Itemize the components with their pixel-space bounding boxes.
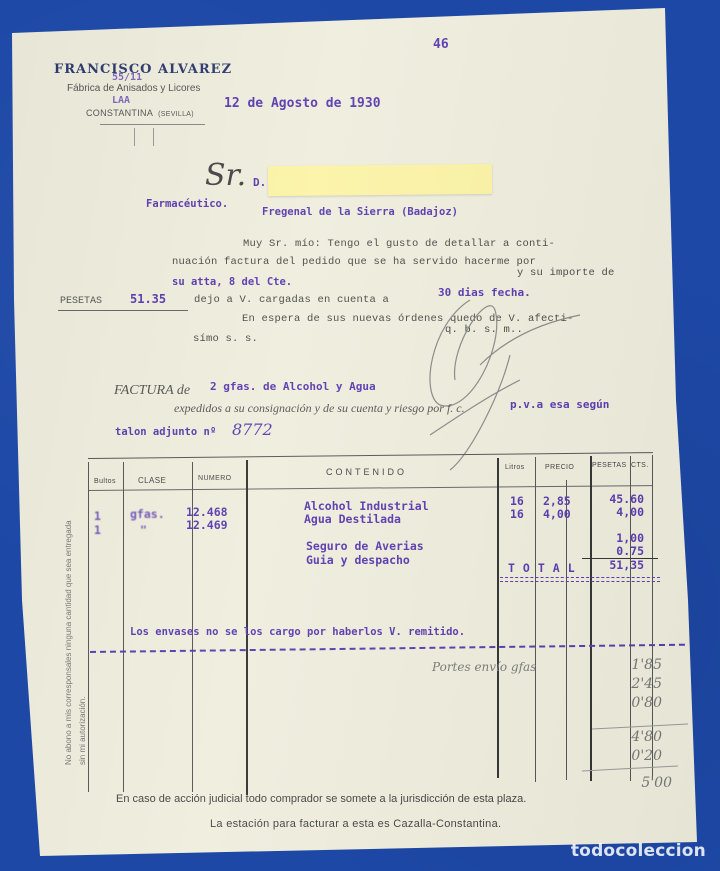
pencil-figure: 2'45 xyxy=(612,675,662,694)
row1-clase: gfas. xyxy=(130,508,165,521)
location-city: CONSTANTINA xyxy=(86,108,153,118)
col-line xyxy=(566,480,567,780)
pencil-figure: 1'85 xyxy=(612,656,662,675)
firm-subtitle: Fábrica de Anisados y Licores xyxy=(67,83,200,94)
row2-numero: 12.469 xyxy=(186,519,228,532)
invoice-paper: 46 FRANCISCO ALVAREZ 55/11 Fábrica de An… xyxy=(0,0,720,871)
letter-line-4: dejo a V. cargadas en cuenta a xyxy=(194,294,389,306)
pesetas-underline xyxy=(58,310,188,311)
row2-bultos: 1 xyxy=(94,524,101,537)
pesetas-label: PESETAS xyxy=(60,296,102,307)
total-double-rule xyxy=(500,577,660,582)
salutation-suffix: D. xyxy=(253,176,266,189)
pencil-figure-total: 5'00 xyxy=(612,774,672,793)
watermark: todocoleccion xyxy=(571,841,706,861)
col-line xyxy=(497,458,499,778)
talon-number: 8772 xyxy=(232,420,273,439)
total-value: 51,35 xyxy=(592,559,644,572)
recipient-title: Farmacéutico. xyxy=(146,198,228,210)
header-precio: PRECIO xyxy=(545,464,574,471)
letter-line-1: Muy Sr. mío: Tengo el gusto de detallar … xyxy=(243,238,555,250)
expedidos-text: expedidos a su consignación y de su cuen… xyxy=(174,401,465,416)
letter-ref: su atta, 8 del Cte. xyxy=(172,276,292,288)
pencil-annotation: Portes envío gfas xyxy=(432,660,536,674)
header-contenido: CONTENIDO xyxy=(326,467,407,477)
header-bultos: Bultos xyxy=(94,478,116,485)
header-numero: NUMERO xyxy=(198,475,232,482)
row2-litros: 16 xyxy=(510,508,524,521)
pencil-figures-top: 1'85 2'45 0'80 xyxy=(612,656,662,713)
firm-location: CONSTANTINA(SEVILLA) xyxy=(86,108,194,118)
row4-contenido: Guia y despacho xyxy=(306,554,410,567)
signature xyxy=(410,285,590,475)
col-line xyxy=(88,462,89,792)
stamp-mark-2: LAA xyxy=(112,95,130,106)
total-label: TOTAL xyxy=(508,562,583,575)
letter-line-7: símo s. s. xyxy=(193,333,258,345)
redaction-sticky-note xyxy=(268,164,492,196)
letter-line-3: y su importe de xyxy=(517,267,615,279)
pesetas-amount: 51.35 xyxy=(130,292,166,306)
tick-marks xyxy=(134,128,154,146)
factura-value: 2 gfas. de Alcohol y Agua xyxy=(210,380,376,393)
row2-contenido: Agua Destilada xyxy=(304,513,401,526)
header-pesetas: PESETAS xyxy=(592,462,627,469)
factura-label: FACTURA de xyxy=(114,383,190,399)
pencil-figure: 0'20 xyxy=(612,747,662,766)
row2-clase: " xyxy=(140,524,147,537)
col-line xyxy=(535,457,536,782)
pencil-figures-bottom: 4'80 0'20 xyxy=(612,728,662,766)
divider xyxy=(100,124,205,125)
footer-station: La estación para facturar a esta es Caza… xyxy=(210,818,501,830)
row4-importe: 0.75 xyxy=(592,545,644,558)
footer-jurisdiction: En caso de acción judicial todo comprado… xyxy=(116,793,526,805)
header-cts: CTS. xyxy=(631,462,649,469)
side-note-line-2: sin mi autorización. xyxy=(78,697,87,765)
pencil-figure: 4'80 xyxy=(612,728,662,747)
row1-bultos: 1 xyxy=(94,510,101,523)
salutation-script: Sr. xyxy=(205,158,246,193)
location-region: (SEVILLA) xyxy=(158,111,194,118)
side-note-line-1: No abono a mis corresponsales ninguna ca… xyxy=(64,520,73,765)
row2-importe: 4,00 xyxy=(592,506,644,519)
row3-contenido: Seguro de Averias xyxy=(306,540,424,553)
dashed-rule xyxy=(90,644,685,653)
letter-line-2: nuación factura del pedido que se ha ser… xyxy=(172,256,536,268)
recipient-address: Fregenal de la Sierra (Badajoz) xyxy=(262,206,458,218)
row2-precio: 4,00 xyxy=(543,508,571,521)
header-divider xyxy=(88,485,652,491)
pencil-figure: 0'80 xyxy=(612,694,662,713)
envases-note: Los envases no se los cargo por haberlos… xyxy=(130,626,465,638)
stamp-mark: 55/11 xyxy=(112,72,142,83)
header-litros: Litros xyxy=(505,464,525,471)
invoice-date: 12 de Agosto de 1930 xyxy=(224,96,381,111)
header-clase: CLASE xyxy=(138,476,166,485)
page-number: 46 xyxy=(433,37,449,52)
talon-label: talon adjunto nº xyxy=(115,426,216,438)
firm-name: FRANCISCO ALVAREZ xyxy=(54,62,232,77)
expedidos-value: p.v.a esa según xyxy=(510,398,609,411)
col-line xyxy=(123,462,124,792)
